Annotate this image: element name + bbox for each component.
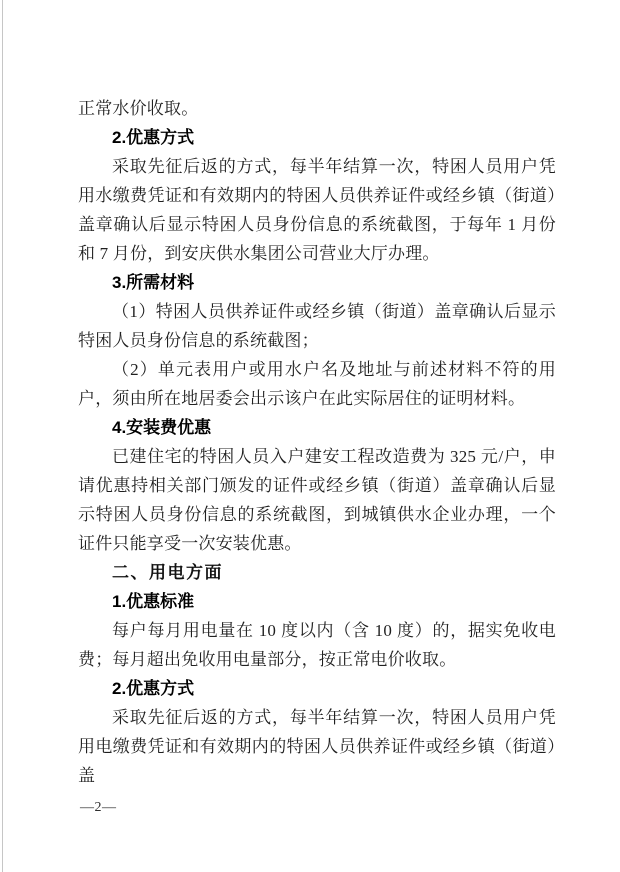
heading-installation-fee-discount: 4.安装费优惠 (78, 413, 556, 442)
section-heading-electricity: 二、用电方面 (78, 558, 556, 587)
heading-required-materials: 3.所需材料 (78, 268, 556, 297)
page-number: —2— (80, 798, 117, 818)
paragraph-required-material-2: （2）单元表用户或用水户名及地址与前述材料不符的用户，须由所在地居委会出示该户在… (78, 355, 556, 413)
paragraph-electricity-discount-method: 采取先征后返的方式，每半年结算一次，特困人员用户凭用电缴费凭证和有效期内的特困人… (78, 703, 556, 790)
paragraph-water-price-continuation: 正常水价收取。 (78, 94, 556, 123)
document-page: 正常水价收取。 2.优惠方式 采取先征后返的方式，每半年结算一次，特困人员用户凭… (0, 0, 620, 872)
heading-electricity-discount-standard: 1.优惠标准 (78, 587, 556, 616)
heading-electricity-discount-method: 2.优惠方式 (78, 674, 556, 703)
scan-edge-line (2, 0, 3, 872)
heading-water-discount-method: 2.优惠方式 (78, 123, 556, 152)
document-body: 正常水价收取。 2.优惠方式 采取先征后返的方式，每半年结算一次，特困人员用户凭… (78, 94, 556, 790)
paragraph-water-discount-method: 采取先征后返的方式，每半年结算一次，特困人员用户凭用水缴费凭证和有效期内的特困人… (78, 152, 556, 268)
paragraph-installation-fee-discount: 已建住宅的特困人员入户建安工程改造费为 325 元/户，申请优惠持相关部门颁发的… (78, 442, 556, 558)
paragraph-electricity-discount-standard: 每户每月用电量在 10 度以内（含 10 度）的，据实免收电费；每月超出免收用电… (78, 616, 556, 674)
paragraph-required-material-1: （1）特困人员供养证件或经乡镇（街道）盖章确认后显示特困人员身份信息的系统截图； (78, 297, 556, 355)
